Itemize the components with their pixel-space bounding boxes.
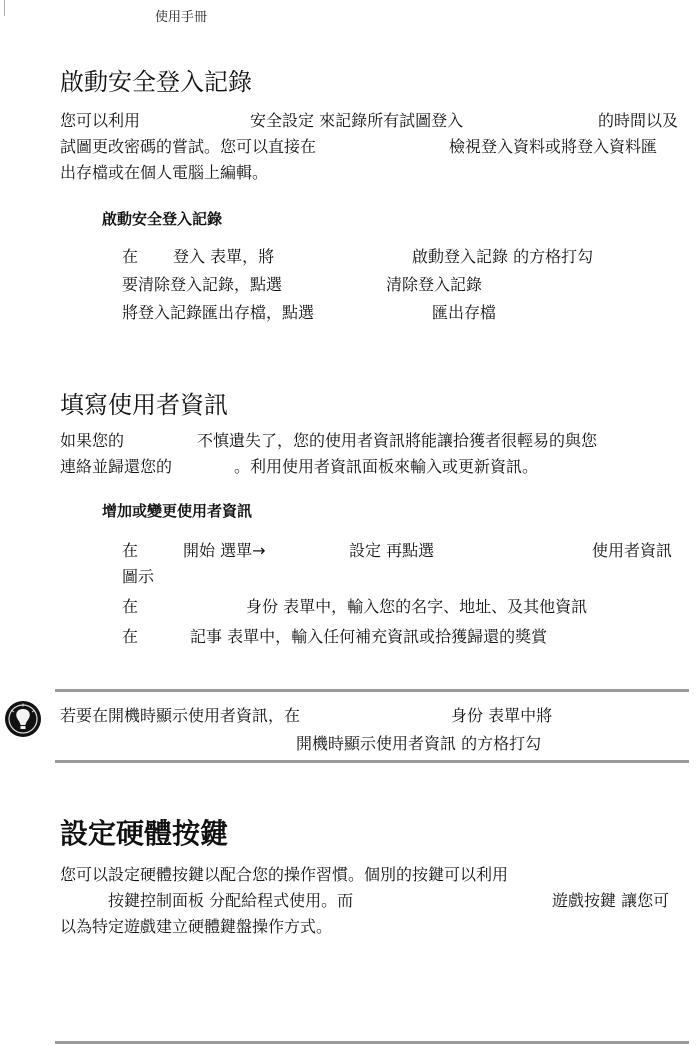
section-title-user-info: 填寫使用者資訊 (60, 385, 228, 420)
para-line: 您可以利用安全設定 來記錄所有試圖登入 (60, 108, 463, 134)
section-title-security-log: 啟動安全登入記錄 (60, 62, 252, 97)
para-line: 如果您的 (60, 428, 124, 454)
para-line: 遊戲按鍵 讓您可 (552, 888, 669, 914)
note-line: 身份 表單中將 (451, 703, 552, 729)
step-item: 匯出存檔 (432, 300, 496, 326)
procedure-title: 啟動安全登入記錄 (102, 208, 222, 229)
para-line: 出存檔或在個人電腦上編輯。 (60, 160, 268, 186)
text: 安全設定 來記錄所有試圖登入 (250, 111, 463, 130)
step-item: 啟動登入記錄 的方格打勾 (412, 244, 593, 270)
para-line-end: 的時間以及 (598, 108, 678, 134)
running-header: 使用手冊 (155, 6, 207, 25)
step-item: 設定 再點選 (349, 538, 434, 564)
para-line-end: 檢視登入資料或將登入資料匯 (449, 134, 657, 160)
note-top-rule (55, 689, 689, 692)
step-item: 清除登入記錄 (386, 272, 482, 298)
step-item: 在 (122, 244, 138, 270)
step-item: 登入 表單，將 (173, 244, 274, 270)
step-item: 要清除登入記錄，點選 (122, 272, 282, 298)
step-item: 開始 選單→ (183, 538, 266, 564)
step-item: 在 (122, 538, 138, 564)
note-bottom-rule (55, 760, 689, 763)
section-title-hardware-buttons: 設定硬體按鍵 (60, 812, 228, 852)
step-item: 將登入記錄匯出存檔，點選 (122, 300, 314, 326)
step-item: 圖示 (122, 564, 154, 590)
para-line: 按鍵控制面板 分配給程式使用。而 (108, 888, 353, 914)
para-line: 。利用使用者資訊面板來輸入或更新資訊。 (234, 454, 538, 480)
header-margin-rule (4, 0, 5, 16)
para-line: 連絡並歸還您的 (60, 454, 172, 480)
step-item: 記事 表單中，輸入任何補充資訊或拾獲歸還的獎賞 (190, 624, 547, 650)
text: 試圖更改密碼的嘗試。您可以直接在 (60, 137, 316, 156)
step-item: 身份 表單中，輸入您的名字、地址、及其他資訊 (246, 594, 587, 620)
para-line: 不慎遺失了，您的使用者資訊將能讓拾獲者很輕易的與您 (197, 428, 597, 454)
para-line: 試圖更改密碼的嘗試。您可以直接在 (60, 134, 316, 160)
step-item: 在 (122, 624, 138, 650)
text: 您可以利用 (60, 111, 140, 130)
note-line: 開機時顯示使用者資訊 的方格打勾 (296, 731, 541, 757)
step-item: 在 (122, 594, 138, 620)
note-line: 若要在開機時顯示使用者資訊，在 (60, 703, 300, 729)
lightbulb-tip-icon (4, 700, 42, 738)
footer-rule (55, 1041, 689, 1044)
para-line: 您可以設定硬體按鍵以配合您的操作習慣。個別的按鍵可以利用 (60, 862, 508, 888)
para-line: 以為特定遊戲建立硬體鍵盤操作方式。 (60, 914, 332, 940)
step-item: 使用者資訊 (592, 538, 672, 564)
procedure-title: 增加或變更使用者資訊 (102, 500, 252, 521)
